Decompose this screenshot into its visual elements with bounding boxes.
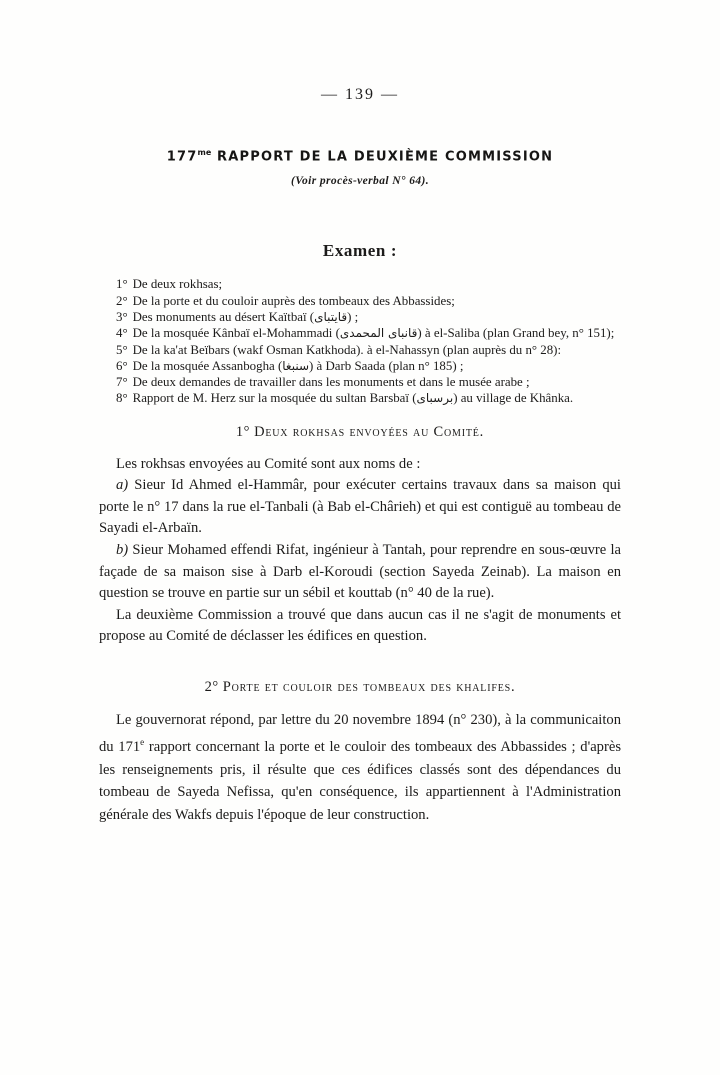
- arabic-text: قايتباى: [314, 310, 347, 324]
- item-text: ) ;: [347, 310, 358, 324]
- item-text: Des monuments au désert Kaïtbaï (: [133, 310, 315, 324]
- examen-item-5: 5°De la ka'at Beïbars (wakf Osman Katkho…: [99, 342, 621, 358]
- section-1-heading: 1° Deux rokhsas envoyées au Comité.: [0, 424, 720, 441]
- section-1-paragraph-b: b) Sieur Mohamed effendi Rifat, ingénieu…: [99, 540, 621, 605]
- item-number: 4°: [116, 326, 128, 340]
- examen-heading: Examen :: [0, 241, 720, 261]
- examen-item-6: 6°De la mosquée Assanbogha (سنبغا) à Dar…: [99, 358, 621, 374]
- examen-item-8: 8°Rapport de M. Herz sur la mosquée du s…: [99, 390, 621, 406]
- report-subtitle: (Voir procès-verbal N° 64).: [0, 175, 720, 187]
- item-text: De la mosquée Kânbaï el-Mohammadi (: [133, 326, 340, 340]
- report-title-number: 177: [167, 149, 198, 164]
- section-2-heading: 2° Porte et couloir des tombeaux des kha…: [0, 679, 720, 696]
- item-number: 8°: [116, 391, 128, 405]
- item-text: De deux demandes de travailler dans les …: [133, 375, 530, 389]
- examen-item-2: 2°De la porte et du couloir auprès des t…: [99, 293, 621, 309]
- item-text: De deux rokhsas;: [133, 277, 223, 291]
- section-1-intro-paragraph: Les rokhsas envoyées au Comité sont aux …: [99, 454, 621, 476]
- paragraph-b-label: b): [116, 542, 128, 558]
- arabic-text: قانباى المحمدى: [340, 326, 418, 340]
- section-2-paragraph: Le gouvernorat répond, par lettre du 20 …: [99, 709, 621, 826]
- section-1-closing-paragraph: La deuxième Commission a trouvé que dans…: [99, 605, 621, 648]
- examen-item-4: 4°De la mosquée Kânbaï el-Mohammadi (قان…: [99, 325, 621, 341]
- examen-item-1: 1°De deux rokhsas;: [99, 276, 621, 292]
- item-number: 6°: [116, 359, 128, 373]
- page-number: — 139 —: [0, 0, 720, 104]
- item-text: ) à el-Saliba (plan Grand bey, n° 151);: [417, 326, 614, 340]
- section-2-number: 2°: [205, 679, 219, 695]
- section-2-body: Le gouvernorat répond, par lettre du 20 …: [99, 709, 621, 826]
- item-text: Rapport de M. Herz sur la mosquée du sul…: [133, 391, 417, 405]
- arabic-text: برسباى: [417, 391, 454, 405]
- paragraph-a-label: a): [116, 477, 128, 493]
- item-text: De la mosquée Assanbogha (: [133, 359, 283, 373]
- item-number: 1°: [116, 277, 128, 291]
- section-1-title: Deux rokhsas envoyées au Comité.: [254, 424, 484, 440]
- arabic-text: سنبغا: [282, 359, 309, 373]
- item-text: ) au village de Khânka.: [453, 391, 573, 405]
- paragraph-a-text: Sieur Id Ahmed el-Hammâr, pour exécuter …: [99, 477, 621, 536]
- examen-item-7: 7°De deux demandes de travailler dans le…: [99, 374, 621, 390]
- item-number: 2°: [116, 294, 128, 308]
- section-1-body: Les rokhsas envoyées au Comité sont aux …: [99, 454, 621, 648]
- item-number: 3°: [116, 310, 128, 324]
- report-title-ordinal-suffix: me: [198, 148, 212, 157]
- scanned-document-page: — 139 — 177me RAPPORT DE LA DEUXIÈME COM…: [0, 0, 720, 1075]
- paragraph-b-text: Sieur Mohamed effendi Rifat, ingénieur à…: [99, 542, 621, 601]
- item-text: ) à Darb Saada (plan n° 185) ;: [309, 359, 463, 373]
- section-2-paragraph-part2: rapport concernant la porte et le couloi…: [99, 739, 621, 822]
- item-text: De la ka'at Beïbars (wakf Osman Katkhoda…: [133, 343, 561, 357]
- section-1-paragraph-a: a) Sieur Id Ahmed el-Hammâr, pour exécut…: [99, 475, 621, 540]
- section-1-number: 1°: [236, 424, 250, 440]
- examen-list: 1°De deux rokhsas; 2°De la porte et du c…: [99, 276, 621, 406]
- examen-item-3: 3°Des monuments au désert Kaïtbaï (قايتب…: [99, 309, 621, 325]
- item-text: De la porte et du couloir auprès des tom…: [133, 294, 455, 308]
- section-2-title: Porte et couloir des tombeaux des khalif…: [223, 679, 516, 695]
- report-title: 177me RAPPORT DE LA DEUXIÈME COMMISSION: [0, 148, 720, 164]
- item-number: 7°: [116, 375, 128, 389]
- report-title-text: RAPPORT DE LA DEUXIÈME COMMISSION: [217, 149, 553, 164]
- item-number: 5°: [116, 343, 128, 357]
